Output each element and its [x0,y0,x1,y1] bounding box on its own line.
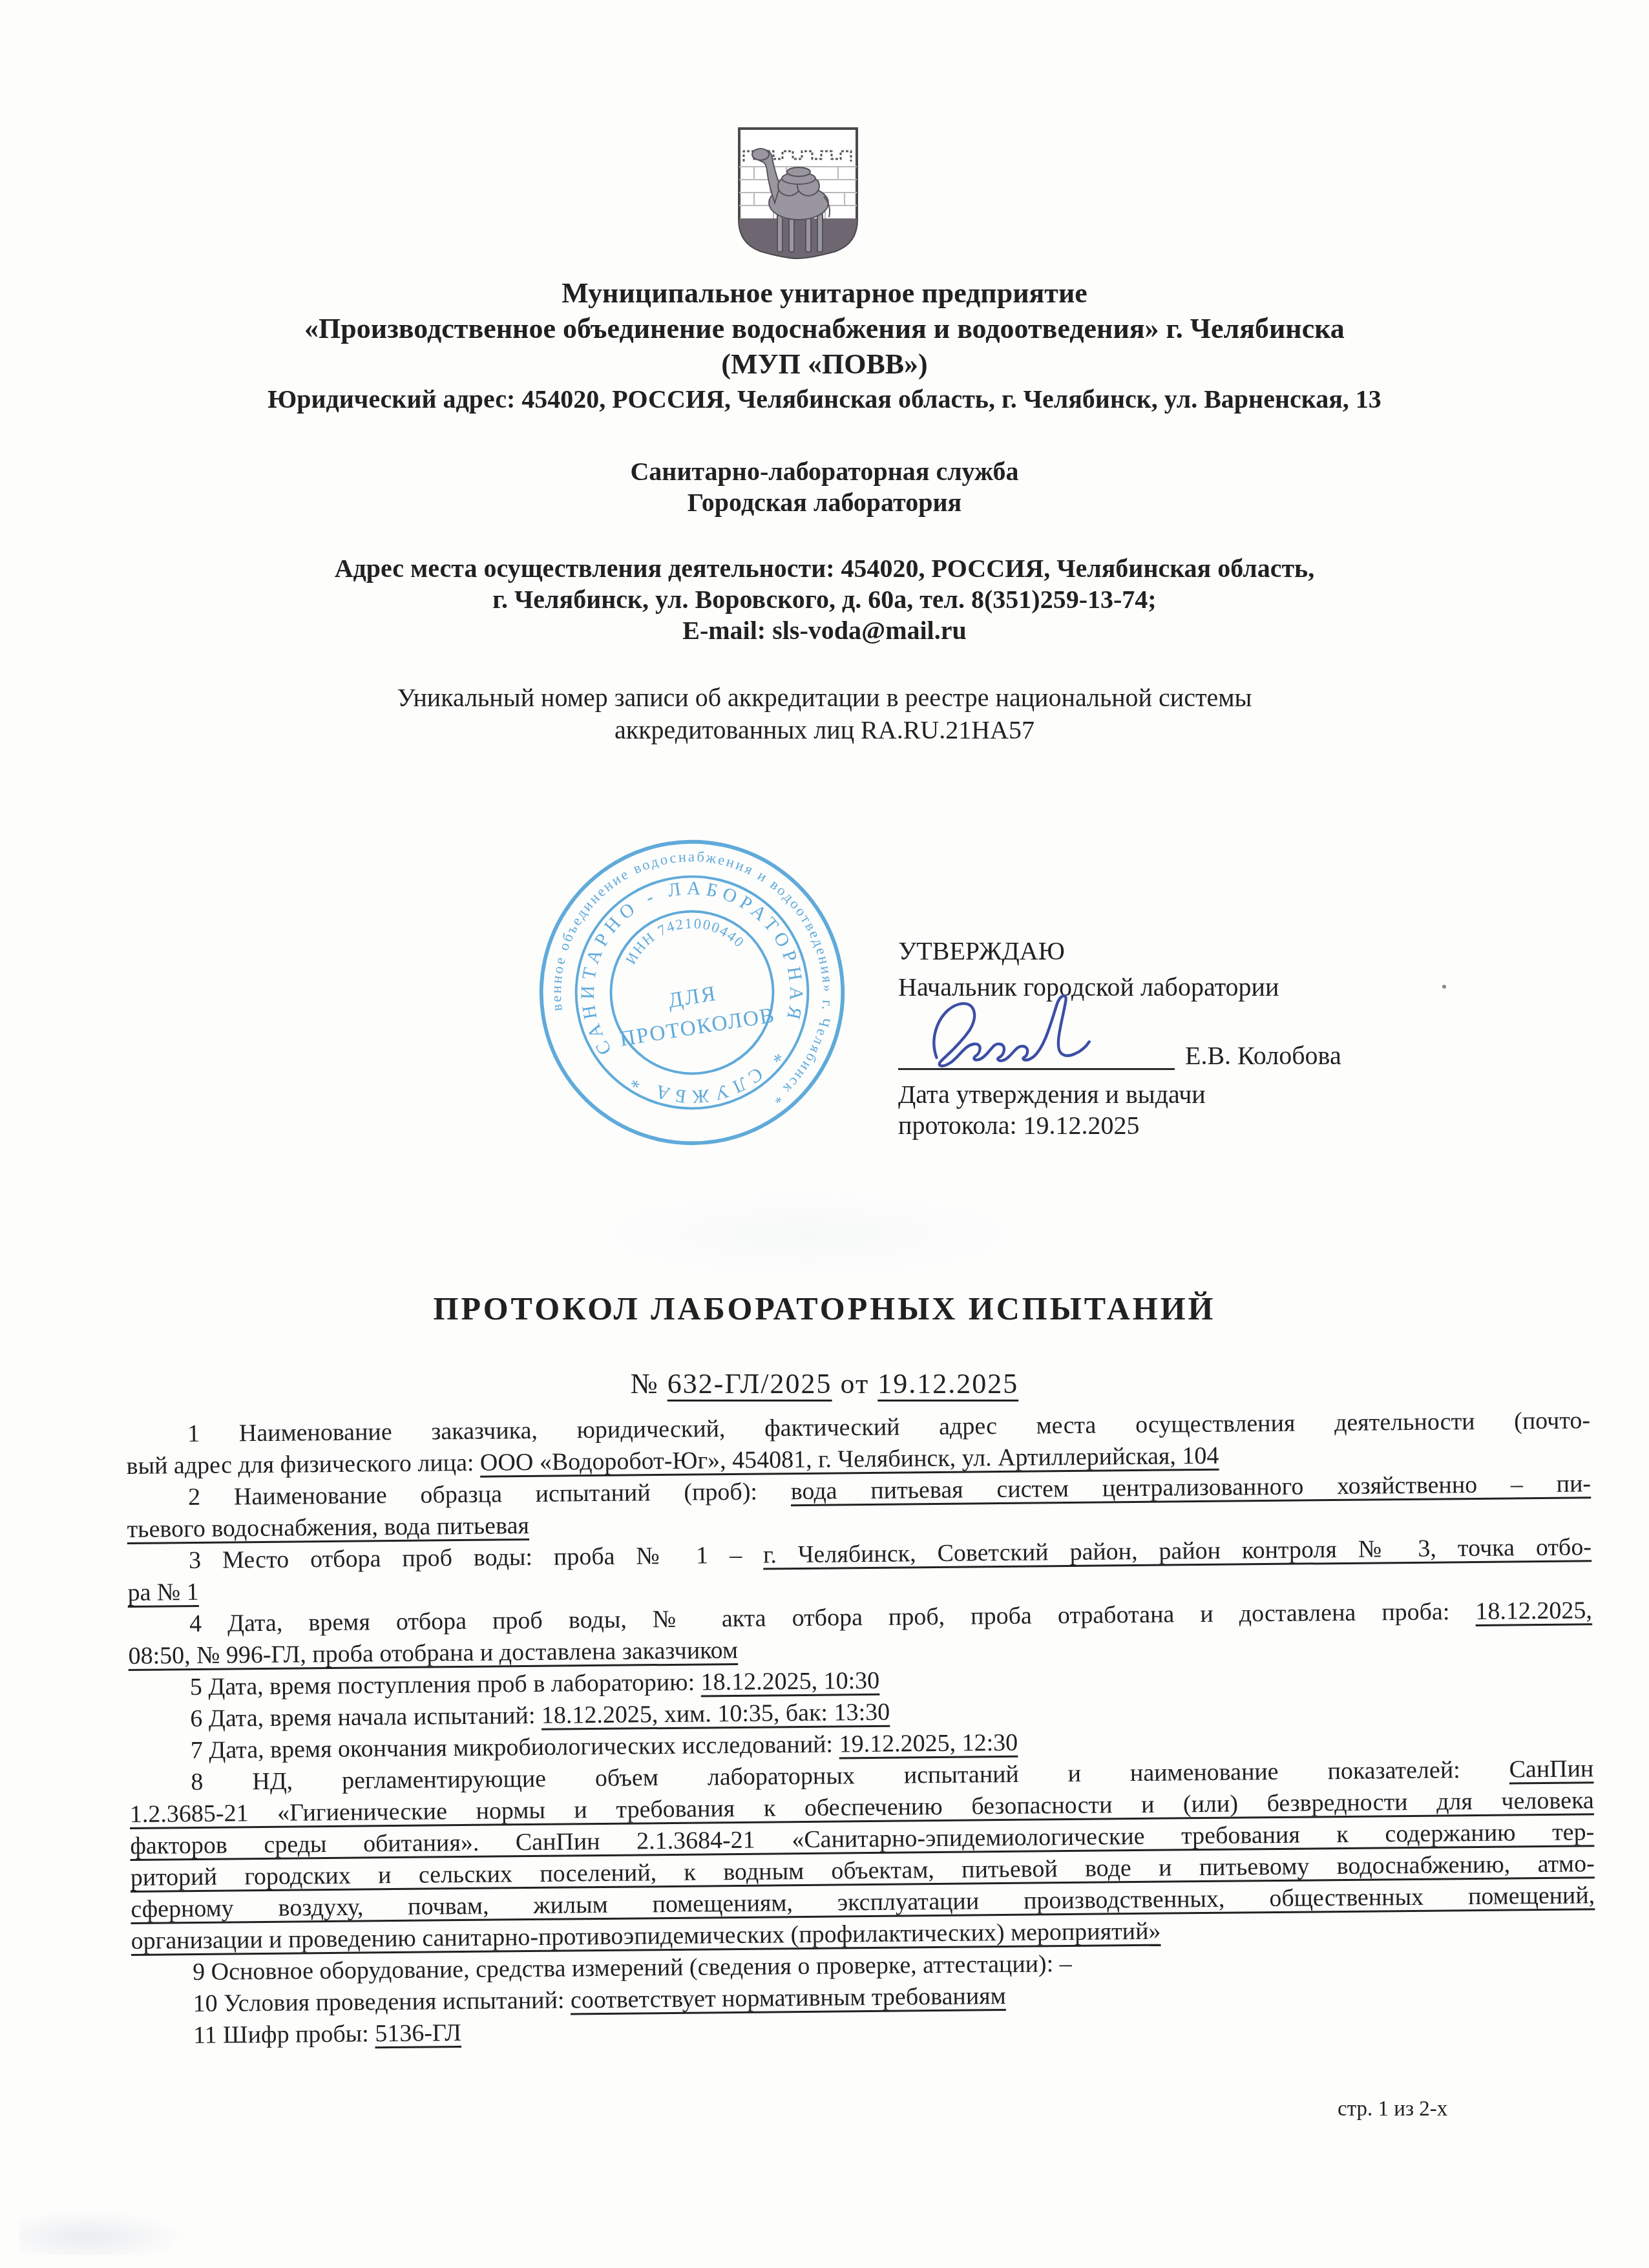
page-number: стр. 1 из 2-х [1338,2097,1447,2121]
signature-line [898,1067,1175,1070]
of-word: от [832,1368,878,1400]
document-page: Муниципальное унитарное предприятие «Про… [0,0,1649,2268]
org-type: Муниципальное унитарное предприятие [0,277,1649,310]
chelyabinsk-coat-of-arms-icon [735,124,861,261]
accreditation-line1: Уникальный номер записи об аккредитации … [0,682,1649,713]
org-short-name: (МУП «ПОВВ») [0,348,1649,381]
approval-date-label: Дата утверждения и выдачи [898,1079,1206,1109]
activity-address-line2: г. Челябинск, ул. Воровского, д. 60а, те… [0,584,1649,614]
accreditation-line2: аккредитованных лиц RA.RU.21НА57 [0,715,1649,745]
approver-name: Е.В. Колобова [1185,1040,1341,1071]
stamp-center-line1: ДЛЯ [667,982,719,1013]
protocol-date: 19.12.2025 [877,1368,1018,1400]
org-name: «Производственное объединение водоснабже… [0,312,1649,345]
number-prefix: № [631,1368,667,1400]
approve-label: УТВЕРЖДАЮ [898,936,1065,966]
body-lines: 1 Наименование заказчика, юридический, ф… [126,1405,1596,2052]
protocol-number: 632-ГЛ/2025 [667,1368,832,1400]
document-number-line: № 632-ГЛ/2025 от 19.12.2025 [0,1367,1649,1400]
signature-icon [907,989,1179,1079]
activity-address-line1: Адрес места осуществления деятельности: … [0,553,1649,583]
lab-name: Городская лаборатория [0,487,1649,518]
scan-ghost-artifact [582,1189,1034,1279]
scan-smudge-artifact [19,2210,187,2255]
service-name: Санитарно-лабораторная служба [0,456,1649,487]
legal-address: Юридический адрес: 454020, РОССИЯ, Челяб… [0,384,1649,414]
document-title: ПРОТОКОЛ ЛАБОРАТОРНЫХ ИСПЫТАНИЙ [0,1290,1649,1327]
scan-dot-artifact [1442,985,1446,989]
lab-round-stamp: МУП «Производственное объединение водосн… [511,811,874,1175]
approval-date-value: протокола: 19.12.2025 [898,1110,1140,1140]
email-line: E-mail: sls-voda@mail.ru [0,615,1649,646]
